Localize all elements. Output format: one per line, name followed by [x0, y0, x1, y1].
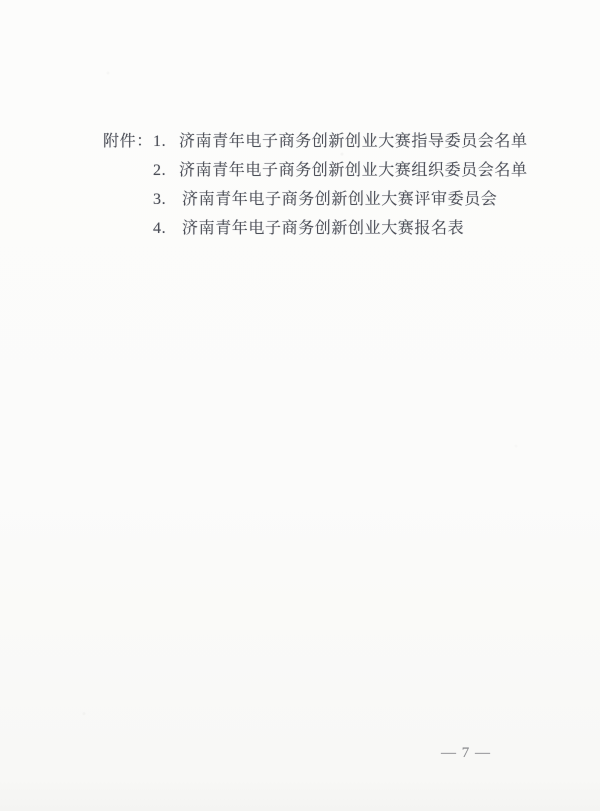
attachment-list: 附件： 1. 济南青年电子商务创新创业大赛指导委员会名单 2. 济南青年电子商务… — [103, 127, 528, 243]
attachment-row: 附件： 1. 济南青年电子商务创新创业大赛指导委员会名单 — [103, 127, 528, 156]
attachment-title: 济南青年电子商务创新创业大赛报名表 — [182, 214, 464, 243]
attachment-label: 附件： — [103, 127, 153, 156]
document-page: 附件： 1. 济南青年电子商务创新创业大赛指导委员会名单 2. 济南青年电子商务… — [0, 0, 600, 811]
attachment-number: 3. — [153, 185, 182, 214]
attachment-number: 1. — [153, 127, 179, 156]
attachment-row: 3. 济南青年电子商务创新创业大赛评审委员会 — [103, 185, 528, 214]
attachment-title: 济南青年电子商务创新创业大赛评审委员会 — [182, 185, 497, 214]
attachment-title: 济南青年电子商务创新创业大赛指导委员会名单 — [179, 127, 528, 156]
attachment-title: 济南青年电子商务创新创业大赛组织委员会名单 — [179, 156, 528, 185]
page-number: — 7 — — [436, 745, 496, 762]
attachment-row: 4. 济南青年电子商务创新创业大赛报名表 — [103, 214, 528, 243]
attachment-number: 4. — [153, 214, 182, 243]
attachment-number: 2. — [153, 156, 179, 185]
attachment-row: 2. 济南青年电子商务创新创业大赛组织委员会名单 — [103, 156, 528, 185]
